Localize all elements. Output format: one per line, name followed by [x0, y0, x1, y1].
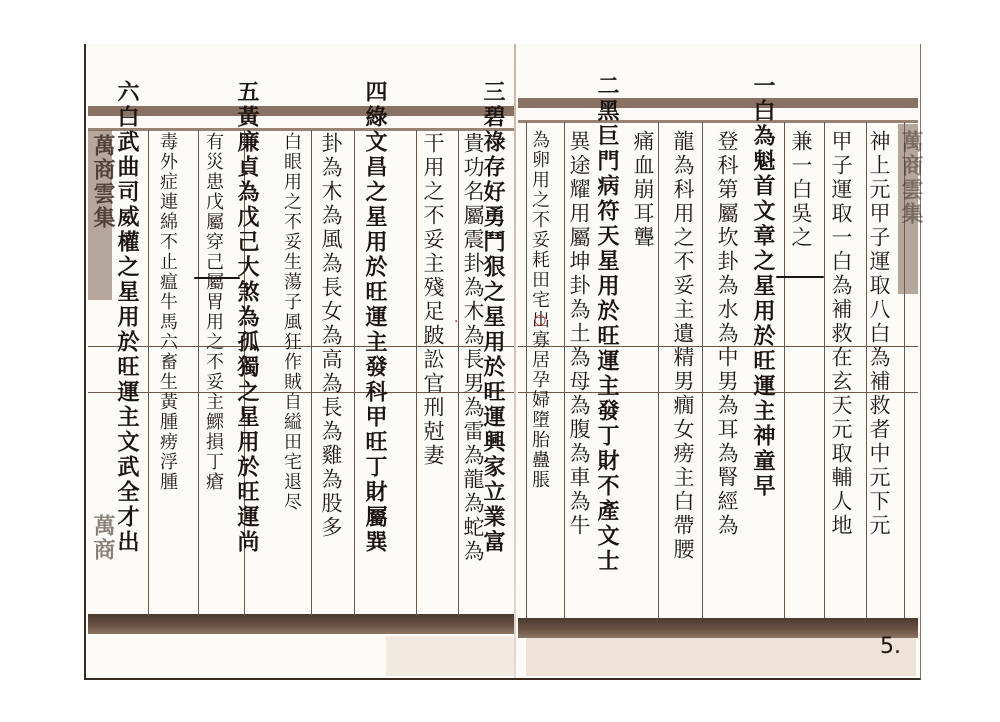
- top-inner-rule-right: [518, 120, 918, 123]
- column-rule: [148, 130, 149, 616]
- top-border-left: [88, 106, 514, 116]
- book-gutter: [514, 44, 516, 678]
- section-heading-column: 四綠文昌之星用於旺運主發科甲旺丁財屬巽: [364, 80, 386, 555]
- text-column: 卦為木為風為長女為高為長為雞為股多: [320, 132, 341, 540]
- column-rule: [702, 122, 703, 618]
- text-column: 毒外症連綿不止瘟牛馬六畜生黃腫痨浮腫: [158, 132, 176, 492]
- text-column: 有災患戊屬穿己屬胃用之不妥主鰥損丁瘡: [204, 132, 222, 492]
- text-column: 龍為科用之不妥主遺精男癇女痨主白帶腰: [672, 130, 693, 562]
- spine-label-right: 萬商雲集: [896, 130, 927, 226]
- section-heading-column: 三碧祿存好勇鬥狠之星用於旺運興家立業富: [482, 80, 504, 555]
- section-heading-column: 一白為魁首文章之星用於旺運主神童早: [752, 74, 774, 499]
- text-column: 異途耀用屬坤卦為土為母為腹為車為牛: [568, 130, 589, 538]
- bottom-border-left: [88, 614, 514, 634]
- column-rule: [526, 122, 527, 618]
- page-number: 5.: [880, 634, 901, 659]
- column-rule: [784, 122, 785, 618]
- red-circle-annotation: ○: [534, 312, 546, 328]
- top-inner-rule-left: [88, 128, 514, 131]
- column-rule: [416, 130, 417, 616]
- text-column: 干用之不妥主殘足跛訟官刑尅妻: [422, 132, 443, 468]
- text-column: 神上元甲子運取八白為補救者中元下元: [868, 130, 889, 538]
- bottom-border-right: [518, 618, 918, 638]
- scanned-book-spread: 萬商雲集 萬商 萬商雲集 神上元甲子運取八白為補救者中元下元 甲子運取一白為補救…: [84, 44, 921, 680]
- ink-underline-mark: [194, 277, 240, 279]
- text-column: 貴功名屬震卦為木為長男為雷為龍為蛇為: [462, 132, 483, 564]
- ink-underline-mark: [776, 276, 824, 278]
- stained-margin-left: [386, 636, 514, 676]
- column-rule: [458, 130, 459, 616]
- column-rule: [354, 130, 355, 616]
- column-rule: [658, 122, 659, 618]
- section-heading-column: 二黑巨門病符天星用於旺運主發丁財不產文士: [596, 74, 618, 574]
- section-heading-column: 六白武曲司威權之星用於旺運主文武全才出: [116, 80, 138, 555]
- red-tick-annotation: ·: [454, 314, 458, 330]
- text-column: 為卵用之不妥耗田宅出寡居孕婦墮胎蠱脹: [530, 130, 548, 490]
- text-column: 痛血崩耳聾: [632, 130, 653, 250]
- column-rule: [824, 122, 825, 618]
- text-column: 甲子運取一白為補救在玄天元取輔人地: [830, 130, 851, 538]
- stained-margin-right: [526, 638, 916, 676]
- section-heading-column: 五黃廉貞為戊己大煞為孤獨之星用於旺運尚: [236, 80, 258, 555]
- column-rule: [564, 122, 565, 618]
- column-rule: [311, 130, 312, 616]
- text-column: 兼一白吳之: [790, 130, 811, 250]
- text-column: 登科第屬坎卦為水為中男為耳為腎經為: [716, 130, 737, 538]
- column-rule: [198, 130, 199, 616]
- text-column: 白眼用之不妥生蕩子風狂作賊自縊田宅退尽: [282, 132, 300, 512]
- top-border-right: [518, 98, 918, 108]
